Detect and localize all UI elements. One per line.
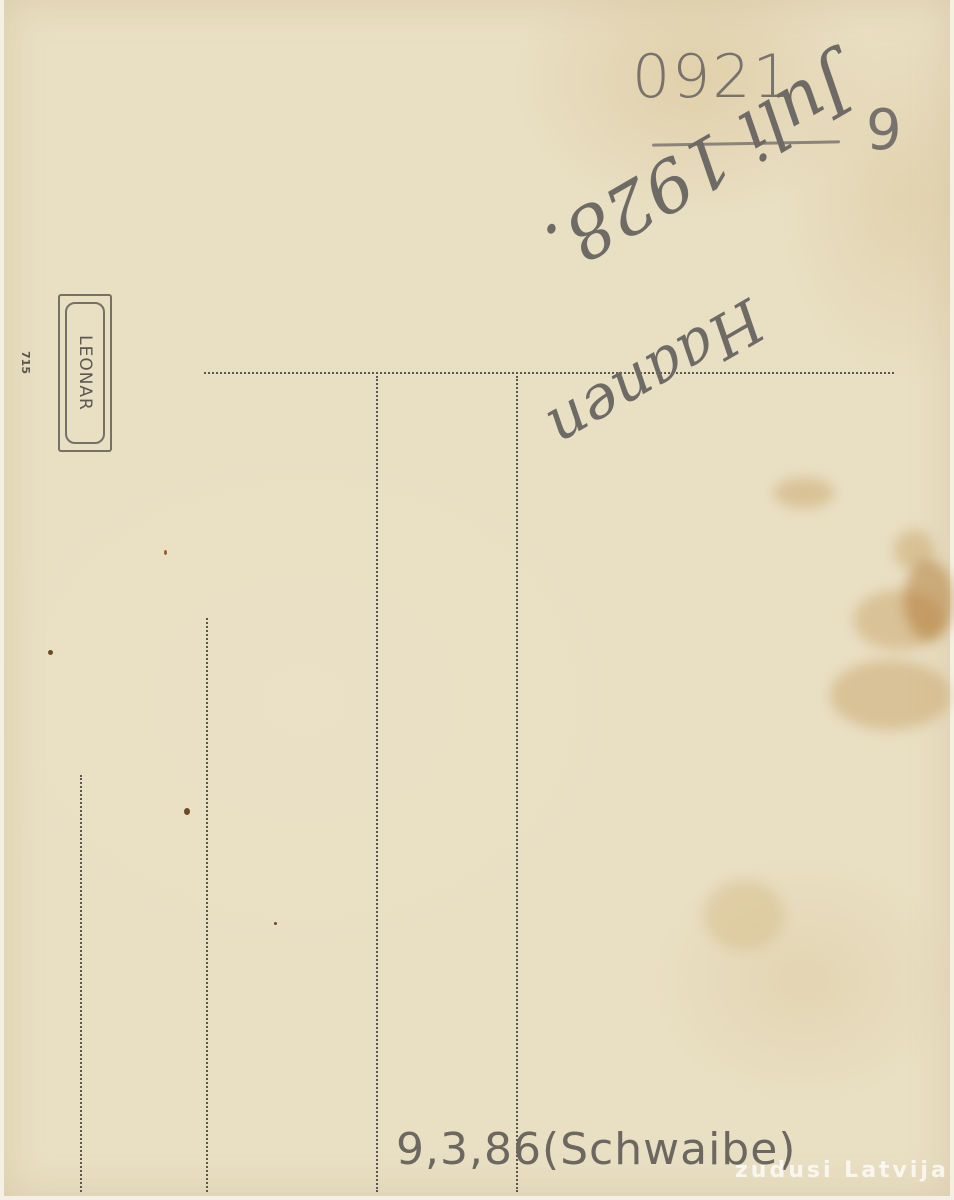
stain (704, 880, 784, 950)
stain (830, 660, 950, 730)
speck (184, 808, 190, 815)
address-line-vertical (516, 376, 518, 1192)
publisher-stamp-frame: LEONAR (65, 302, 105, 444)
watermark: zudusi Latvija (735, 1158, 949, 1183)
address-divider-horizontal (204, 372, 894, 374)
handwritten-place: Haanen (536, 285, 776, 464)
address-divider-vertical (376, 376, 378, 1192)
publisher-stamp: LEONAR (58, 294, 112, 452)
address-line-vertical (206, 618, 208, 1192)
publisher-stamp-text: LEONAR (67, 304, 103, 442)
stain (904, 560, 954, 640)
print-number: 715 (19, 351, 32, 374)
postcard-back: LEONAR 715 0921 9 Juli 1928. Haanen 9,3,… (4, 0, 950, 1196)
archive-suffix: 9 (866, 98, 902, 163)
speck (164, 550, 167, 555)
address-line-vertical (80, 775, 82, 1192)
speck (274, 922, 277, 925)
stain (774, 478, 834, 508)
speck (48, 650, 53, 655)
